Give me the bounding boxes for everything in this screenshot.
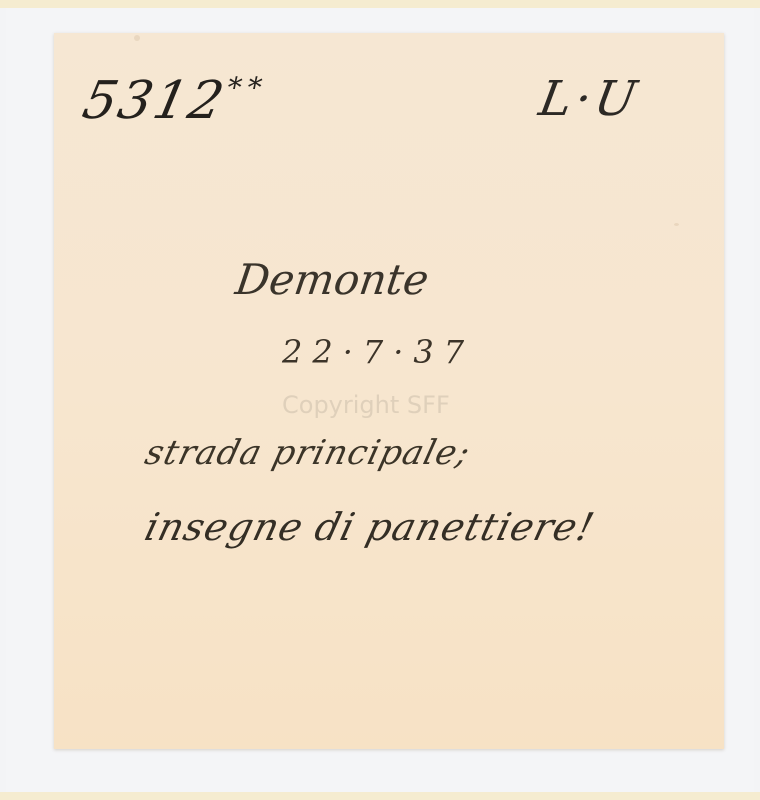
catalog-number: 5312** — [78, 71, 271, 131]
catalog-number-text: 5312 — [78, 71, 231, 131]
photographer-initials: L·U — [535, 71, 644, 127]
mount-board: 5312** L·U Demonte 22·7·37 Copyright SFF… — [6, 8, 754, 792]
archive-card: 5312** L·U Demonte 22·7·37 Copyright SFF… — [54, 33, 724, 749]
copyright-watermark: Copyright SFF — [282, 391, 450, 419]
paper-spot — [674, 223, 679, 226]
bottom-backing-strip — [0, 792, 760, 800]
caption-line-1: strada principale; — [141, 433, 475, 473]
caption-line-2: insegne di panettiere! — [141, 505, 600, 549]
catalog-marks: ** — [224, 71, 271, 104]
photo-date: 22·7·37 — [282, 333, 474, 371]
place-name: Demonte — [233, 255, 432, 304]
top-backing-strip — [0, 0, 760, 8]
paper-spot — [134, 35, 140, 41]
